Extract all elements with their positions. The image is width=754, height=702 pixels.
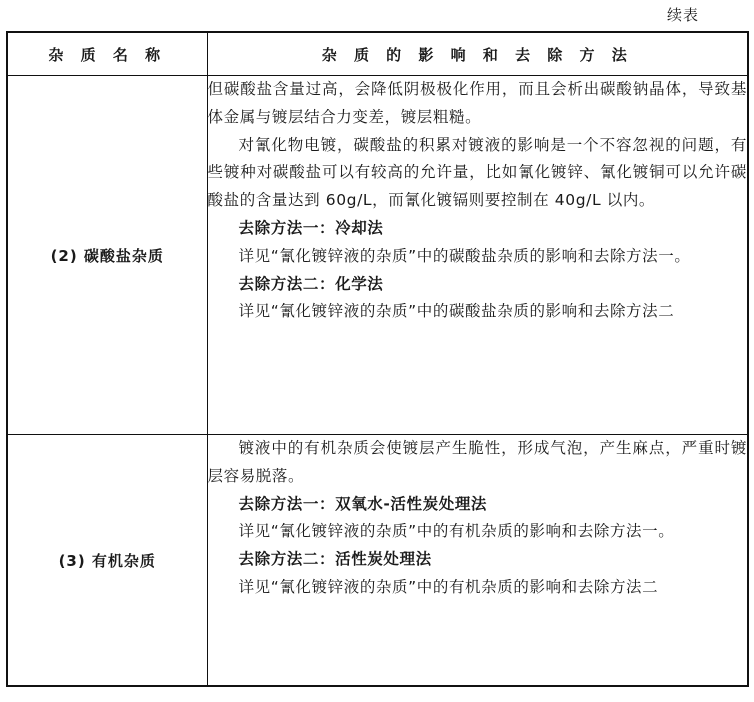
header-impurity-name: 杂 质 名 称 xyxy=(7,32,207,76)
removal-method-2-detail: 详见“氰化镀锌液的杂质”中的碳酸盐杂质的影响和去除方法二 xyxy=(208,298,748,326)
impurity-description-organic: 镀液中的有机杂质会使镀层产生脆性，形成气泡，产生麻点，严重时镀层容易脱落。 去除… xyxy=(207,435,748,687)
removal-method-1-title: 去除方法一：双氧水-活性炭处理法 xyxy=(208,491,748,519)
paragraph-continuation: 但碳酸盐含量过高，会降低阴极极化作用，而且会析出碳酸钠晶体，导致基体金属与镀层结… xyxy=(208,76,748,132)
removal-method-1-title: 去除方法一：冷却法 xyxy=(208,215,748,243)
impurity-description-carbonate: 但碳酸盐含量过高，会降低阴极极化作用，而且会析出碳酸钠晶体，导致基体金属与镀层结… xyxy=(207,76,748,435)
removal-method-2-detail: 详见“氰化镀锌液的杂质”中的有机杂质的影响和去除方法二 xyxy=(208,574,748,602)
table-row-organic: (3) 有机杂质 镀液中的有机杂质会使镀层产生脆性，形成气泡，产生麻点，严重时镀… xyxy=(7,435,748,687)
table-row-carbonate: (2) 碳酸盐杂质 但碳酸盐含量过高，会降低阴极极化作用，而且会析出碳酸钠晶体，… xyxy=(7,76,748,435)
impurity-name-organic: (3) 有机杂质 xyxy=(7,435,207,687)
impurity-name-carbonate: (2) 碳酸盐杂质 xyxy=(7,76,207,435)
table-continued-caption: 续表 xyxy=(667,4,699,25)
removal-method-2-title: 去除方法二：化学法 xyxy=(208,271,748,299)
header-effect-and-removal: 杂 质 的 影 响 和 去 除 方 法 xyxy=(207,32,748,76)
impurity-table: 杂 质 名 称 杂 质 的 影 响 和 去 除 方 法 (2) 碳酸盐杂质 但碳… xyxy=(6,31,749,687)
removal-method-1-detail: 详见“氰化镀锌液的杂质”中的碳酸盐杂质的影响和去除方法一。 xyxy=(208,243,748,271)
removal-method-2-title: 去除方法二：活性炭处理法 xyxy=(208,546,748,574)
removal-method-1-detail: 详见“氰化镀锌液的杂质”中的有机杂质的影响和去除方法一。 xyxy=(208,518,748,546)
table-header-row: 杂 质 名 称 杂 质 的 影 响 和 去 除 方 法 xyxy=(7,32,748,76)
paragraph-organic-effect: 镀液中的有机杂质会使镀层产生脆性，形成气泡，产生麻点，严重时镀层容易脱落。 xyxy=(208,435,748,491)
paragraph-cyanide-note: 对氰化物电镀，碳酸盐的积累对镀液的影响是一个不容忽视的问题，有些镀种对碳酸盐可以… xyxy=(208,132,748,215)
